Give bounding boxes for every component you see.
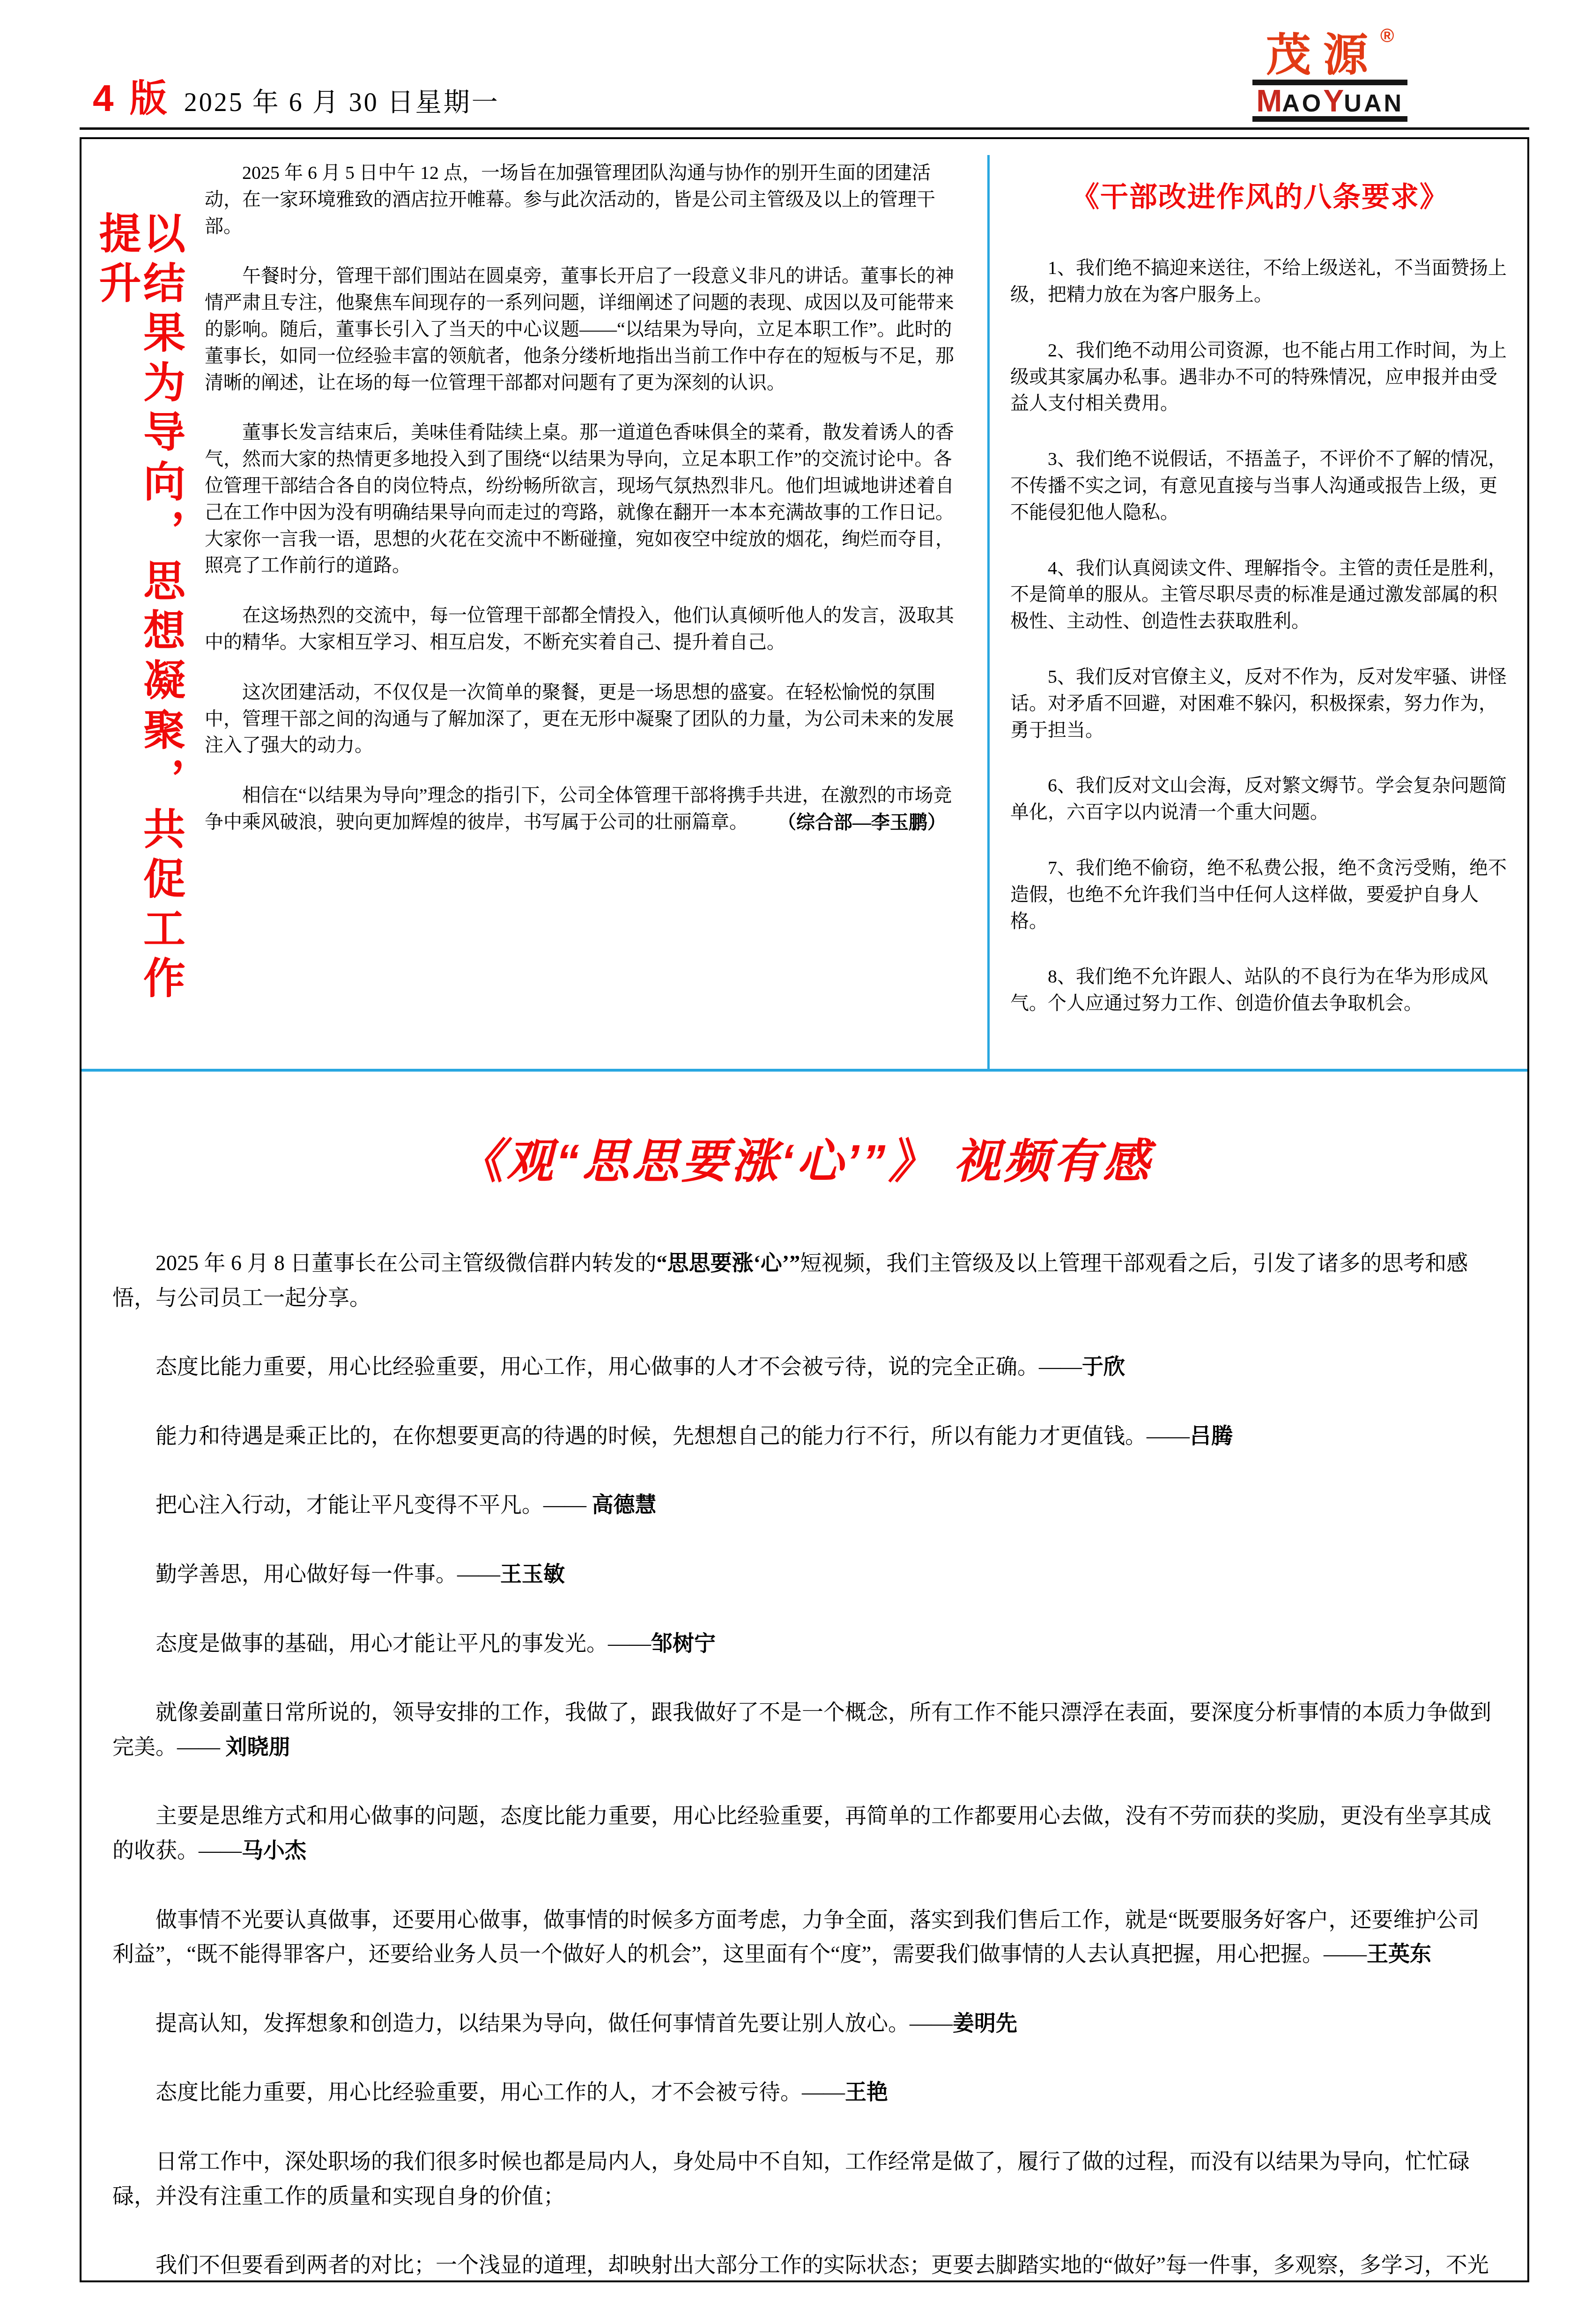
rule-item: 6、我们反对文山会海，反对繁文缛节。学会复杂问题简单化，六百字以内说清一个重大问… (1010, 772, 1510, 826)
rule-item: 7、我们绝不偷窃，绝不私费公报，绝不贪污受贿，绝不造假，也绝不允许我们当中任何人… (1010, 855, 1510, 934)
quote-dash: —— (1147, 1424, 1190, 1448)
logo-cn-text: 茂源 (1266, 30, 1380, 80)
quote-author: 刘晓朋 (226, 1735, 290, 1759)
quote-item: 提高认知，发挥想象和创造力，以结果为导向，做任何事情首先要让别人放心。——姜明先 (112, 2006, 1496, 2041)
quote-author: 王英东 (1367, 1942, 1431, 1966)
maoyuan-logo: 茂源® MAOYUAN (1252, 27, 1407, 122)
page-number: 4 版 (93, 68, 170, 122)
quote-dash: —— (802, 2080, 845, 2104)
quote-author: 邹树宁 (651, 1631, 716, 1655)
masthead: 4 版 2025 年 6 月 30 日星期一 茂源® MAOYUAN (80, 33, 1529, 125)
logo-latin: MAOYUAN (1252, 80, 1407, 122)
quote-author: 王玉敏 (500, 1562, 565, 1586)
quote-author: 于欣 (1082, 1354, 1125, 1378)
quote-text: 提高认知，发挥想象和创造力，以结果为导向，做任何事情首先要让别人放心。 (155, 2011, 910, 2035)
masthead-left: 4 版 2025 年 6 月 30 日星期一 (93, 68, 500, 122)
quote-text: 我们不但要看到两者的对比；一个浅显的道理，却映射出大部分工作的实际状态；更要去脚… (112, 2253, 1489, 2282)
rule-item: 5、我们反对官僚主义，反对不作为，反对发牢骚、讲怪话。对矛盾不回避，对困难不躲闪… (1010, 664, 1510, 743)
quote-text: 态度比能力重要，用心比经验重要，用心工作，用心做事的人才不会被亏待，说的完全正确… (155, 1354, 1039, 1378)
article-paragraph: 2025 年 6 月 5 日中午 12 点，一场旨在加强管理团队沟通与协作的别开… (205, 160, 965, 239)
team-building-article: 2025 年 6 月 5 日中午 12 点，一场旨在加强管理团队沟通与协作的别开… (189, 155, 985, 1069)
video-article-title: 《观“思思要涨‘心’”》 视频有感 (112, 1124, 1496, 1199)
intro-video-name: “思思要涨‘心’” (657, 1251, 800, 1275)
quote-text: 勤学善思，用心做好每一件事。 (155, 1562, 457, 1586)
quote-author: 马小杰 (242, 1838, 306, 1862)
logo-letters-ao: AO (1282, 90, 1323, 117)
quote-text: 就像姜副董日常所说的，领导安排的工作，我做了，跟我做好了不是一个概念，所有工作不… (112, 1700, 1491, 1759)
quote-item: 态度比能力重要，用心比经验重要，用心工作的人，才不会被亏待。——王艳 (112, 2075, 1496, 2109)
quote-item: 日常工作中，深处职场的我们很多时候也都是局内人，身处局中不自知，工作经常是做了，… (112, 2144, 1496, 2213)
intro-prefix: 2025 年 6 月 8 日董事长在公司主管级微信群内转发的 (155, 1251, 657, 1275)
quote-text: 把心注入行动，才能让平凡变得不平凡。 (155, 1493, 543, 1517)
article-paragraph: 董事长发言结束后，美味佳肴陆续上桌。那一道道色香味俱全的菜肴，散发着诱人的香气，… (205, 419, 965, 579)
rule-item: 1、我们绝不搞迎来送往，不给上级送礼，不当面赞扬上级，把精力放在为客户服务上。 (1010, 255, 1510, 308)
quote-item: 态度是做事的基础，用心才能让平凡的事发光。——邹树宁 (112, 1626, 1496, 1661)
quote-author: 吕腾 (1190, 1424, 1233, 1448)
quote-dash: —— (199, 1838, 242, 1862)
quote-text: 日常工作中，深处职场的我们很多时候也都是局内人，身处局中不自知，工作经常是做了，… (112, 2149, 1470, 2208)
rule-item: 3、我们绝不说假话，不捂盖子，不评价不了解的情况，不传播不实之词，有意见直接与当… (1010, 446, 1510, 525)
article-paragraph: 在这场热烈的交流中，每一位管理干部都全情投入，他们认真倾听他人的发言，汲取其中的… (205, 602, 965, 656)
quote-item: 主要是思维方式和用心做事的问题，态度比能力重要，用心比经验重要，再简单的工作都要… (112, 1799, 1496, 1867)
quote-dash: —— (1039, 1354, 1082, 1378)
eight-rules-article: 《干部改进作风的八条要求》 1、我们绝不搞迎来送往，不给上级送礼，不当面赞扬上级… (992, 155, 1516, 1069)
quote-author: 姜明先 (953, 2011, 1017, 2035)
video-reflections-article: 《观“思思要涨‘心’”》 视频有感 2025 年 6 月 8 日董事长在公司主管… (81, 1072, 1527, 2282)
quote-text: 主要是思维方式和用心做事的问题，态度比能力重要，用心比经验重要，再简单的工作都要… (112, 1804, 1491, 1862)
quote-author: 王艳 (845, 2080, 888, 2104)
quote-item: 态度比能力重要，用心比经验重要，用心工作，用心做事的人才不会被亏待，说的完全正确… (112, 1349, 1496, 1384)
quote-item: 勤学善思，用心做好每一件事。——王玉敏 (112, 1557, 1496, 1591)
issue-date: 2025 年 6 月 30 日星期一 (184, 81, 500, 119)
logo-letter-m: M (1256, 83, 1282, 118)
column-divider (987, 155, 990, 1069)
newspaper-page: 4 版 2025 年 6 月 30 日星期一 茂源® MAOYUAN 以结果为导… (0, 0, 1577, 2324)
quote-author: 高德慧 (592, 1493, 657, 1517)
registered-mark-icon: ® (1380, 26, 1394, 46)
left-article-vertical-title: 以结果为导向，思想凝聚，共促工作提升 (94, 211, 182, 1036)
video-article-intro: 2025 年 6 月 8 日董事长在公司主管级微信群内转发的“思思要涨‘心’”短… (112, 1246, 1496, 1315)
logo-letter-y: Y (1323, 83, 1344, 118)
quote-dash: —— (608, 1631, 651, 1655)
quote-dash: —— (177, 1735, 226, 1759)
quote-dash: —— (1324, 1942, 1367, 1966)
top-section: 以结果为导向，思想凝聚，共促工作提升 2025 年 6 月 5 日中午 12 点… (81, 139, 1527, 1069)
article-paragraph: 午餐时分，管理干部们围站在圆桌旁，董事长开启了一段意义非凡的讲话。董事长的神情严… (205, 263, 965, 396)
quote-item: 我们不但要看到两者的对比；一个浅显的道理，却映射出大部分工作的实际状态；更要去脚… (112, 2248, 1496, 2282)
quote-text: 能力和待遇是乘正比的，在你想要更高的待遇的时候，先想想自己的能力行不行，所以有能… (155, 1424, 1147, 1448)
quote-dash: —— (910, 2011, 953, 2035)
quote-dash: —— (543, 1493, 592, 1517)
quote-item: 能力和待遇是乘正比的，在你想要更高的待遇的时候，先想想自己的能力行不行，所以有能… (112, 1419, 1496, 1453)
quote-text: 做事情不光要认真做事，还要用心做事，做事情的时候多方面考虑，力争全面，落实到我们… (112, 1908, 1479, 1966)
rule-item: 4、我们认真阅读文件、理解指令。主管的责任是胜利，不是简单的服从。主管尽职尽责的… (1010, 555, 1510, 635)
quote-text: 态度比能力重要，用心比经验重要，用心工作的人，才不会被亏待。 (155, 2080, 802, 2104)
quote-item: 就像姜副董日常所说的，领导安排的工作，我做了，跟我做好了不是一个概念，所有工作不… (112, 1695, 1496, 1764)
eight-rules-title: 《干部改进作风的八条要求》 (1010, 178, 1510, 217)
rule-item: 8、我们绝不允许跟人、站队的不良行为在华为形成风气。个人应通过努力工作、创造价值… (1010, 963, 1510, 1017)
logo-chinese: 茂源® (1252, 27, 1407, 78)
header-rule (80, 127, 1529, 130)
quote-item: 做事情不光要认真做事，还要用心做事，做事情的时候多方面考虑，力争全面，落实到我们… (112, 1902, 1496, 1971)
quote-item: 把心注入行动，才能让平凡变得不平凡。—— 高德慧 (112, 1488, 1496, 1522)
quote-dash: —— (457, 1562, 500, 1586)
quote-text: 态度是做事的基础，用心才能让平凡的事发光。 (155, 1631, 608, 1655)
article-paragraph: 这次团建活动，不仅仅是一次简单的聚餐，更是一场思想的盛宴。在轻松愉悦的氛围中，管… (205, 679, 965, 759)
rule-item: 2、我们绝不动用公司资源，也不能占用工作时间，为上级或其家属办私事。遇非办不可的… (1010, 337, 1510, 417)
logo-letters-uan: UAN (1344, 90, 1404, 117)
content-box: 以结果为导向，思想凝聚，共促工作提升 2025 年 6 月 5 日中午 12 点… (80, 137, 1529, 2282)
